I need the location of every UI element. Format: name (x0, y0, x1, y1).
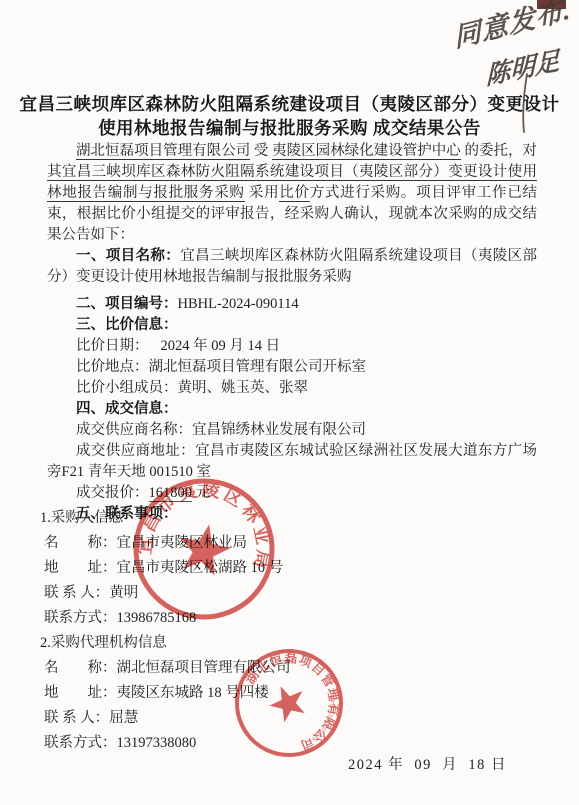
buyer-contact-label: 联 系 人： (44, 585, 109, 601)
supplier-label: 成交供应商名称： (76, 422, 192, 438)
buyer-phone-label: 联系方式： (44, 610, 117, 626)
intro-text: 的委托，对 (461, 143, 537, 159)
section2-value: HBHL-2024-090114 (178, 296, 299, 312)
document-title: 宜昌三峡坝库区森林防火阻隔系统建设项目（夷陵区部分）变更设计 使用林地报告编制与… (0, 92, 579, 140)
supplier-address-label: 成交供应商地址： (76, 443, 195, 459)
price-unit: 元 (192, 485, 210, 501)
buyer-name-label: 名 称： (44, 535, 117, 551)
buyer-phone-row: 联系方式：13986785168 (40, 606, 540, 631)
bijia-place-value: 湖北恒磊项目管理有限公司开标室 (149, 359, 367, 375)
buyer-info-heading: 1.采购人信息 (40, 506, 540, 531)
title-line-1: 宜昌三峡坝库区森林防火阻隔系统建设项目（夷陵区部分）变更设计 (0, 92, 579, 116)
agent-contact-label: 联 系 人： (44, 710, 109, 726)
agency-name: 湖北恒磊项目管理有限公司 (76, 143, 250, 160)
section3-label: 三、比价信息： (76, 317, 178, 333)
bijia-date-row: 比价日期：2024 年 09 月 14 日 (47, 336, 537, 357)
bijia-panel-value: 黄明、姚玉英、张翠 (178, 380, 309, 396)
section1-label: 一、项目名称： (76, 248, 180, 264)
contact-info-block: 1.采购人信息 名 称：宜昌市夷陵区林业局 地 址：宜昌市夷陵区松湖路 10 号… (40, 506, 540, 756)
section-bijia-heading: 三、比价信息： (47, 315, 537, 336)
award-address-row: 成交供应商地址：宜昌市夷陵区东城试验区绿洲社区发展大道东方广场旁F21 青年天地… (47, 441, 537, 483)
agent-info-heading: 2.采购代理机构信息 (40, 631, 540, 656)
bijia-panel-row: 比价小组成员：黄明、姚玉英、张翠 (47, 378, 537, 399)
section-project-name: 一、项目名称：宜昌三峡坝库区森林防火阻隔系统建设项目（夷陵区部分）变更设计使用林… (47, 246, 537, 288)
bijia-date-label: 比价日期： (76, 338, 149, 354)
buyer-address-label: 地 址： (44, 560, 117, 576)
announcement-page: 同意发布. 陈明足 宜昌三峡坝库区森林防火阻隔系统建设项目（夷陵区部分）变更设计… (0, 0, 579, 805)
title-line-2: 使用林地报告编制与报批服务采购 成交结果公告 (0, 116, 579, 140)
bijia-place-row: 比价地点：湖北恒磊项目管理有限公司开标室 (47, 357, 537, 378)
client-name: 夷陵区园林绿化建设管护中心 (272, 143, 461, 160)
agent-address-row: 地 址：夷陵区东城路 18 号四楼 (40, 681, 540, 706)
method-name: 比价 (279, 185, 309, 202)
section-project-number: 二、项目编号：HBHL-2024-090114 (47, 294, 537, 315)
intro-qi: 其 (47, 164, 62, 181)
award-supplier-row: 成交供应商名称：宜昌锦绣林业发展有限公司 (47, 420, 537, 441)
bijia-place-label: 比价地点： (76, 359, 149, 375)
bijia-panel-label: 比价小组成员： (76, 380, 178, 396)
buyer-name-row: 名 称：宜昌市夷陵区林业局 (40, 531, 540, 556)
agent-address-label: 地 址： (44, 685, 117, 701)
agent-address: 夷陵区东城路 18 号四楼 (117, 685, 269, 701)
buyer-contact-row: 联 系 人：黄明 (40, 581, 540, 606)
buyer-name: 宜昌市夷陵区林业局 (117, 535, 248, 551)
buyer-contact: 黄明 (109, 585, 138, 601)
announcement-date: 2024 年 09 月 18 日 (348, 753, 507, 774)
bijia-date-value: 2024 年 09 月 14 日 (161, 338, 281, 354)
agent-phone-label: 联系方式： (44, 735, 117, 751)
buyer-address: 宜昌市夷陵区松湖路 10 号 (117, 560, 284, 576)
award-price-row: 成交报价：161800 元 (47, 483, 537, 504)
buyer-phone: 13986785168 (117, 610, 197, 626)
intro-paragraph: 湖北恒磊项目管理有限公司 受 夷陵区园林绿化建设管护中心 的委托，对其宜昌三峡坝… (47, 141, 537, 246)
supplier-name: 宜昌锦绣林业发展有限公司 (192, 422, 366, 438)
price-value: 161800 (149, 485, 193, 502)
agent-contact: 屈慧 (109, 710, 138, 726)
intro-text: 受 (250, 143, 272, 159)
buyer-address-row: 地 址：宜昌市夷陵区松湖路 10 号 (40, 556, 540, 581)
agent-name-label: 名 称： (44, 660, 117, 676)
section2-label: 二、项目编号： (76, 296, 178, 312)
document-body: 湖北恒磊项目管理有限公司 受 夷陵区园林绿化建设管护中心 的委托，对其宜昌三峡坝… (47, 141, 537, 525)
section-award-heading: 四、成交信息： (47, 399, 537, 420)
agent-name: 湖北恒磊项目管理有限公司 (117, 660, 291, 676)
price-label: 成交报价： (76, 485, 149, 501)
agent-contact-row: 联 系 人：屈慧 (40, 706, 540, 731)
section4-label: 四、成交信息： (76, 401, 178, 417)
agent-phone: 13197338080 (117, 735, 197, 751)
intro-text: 采用 (245, 185, 280, 201)
agent-name-row: 名 称：湖北恒磊项目管理有限公司 (40, 656, 540, 681)
